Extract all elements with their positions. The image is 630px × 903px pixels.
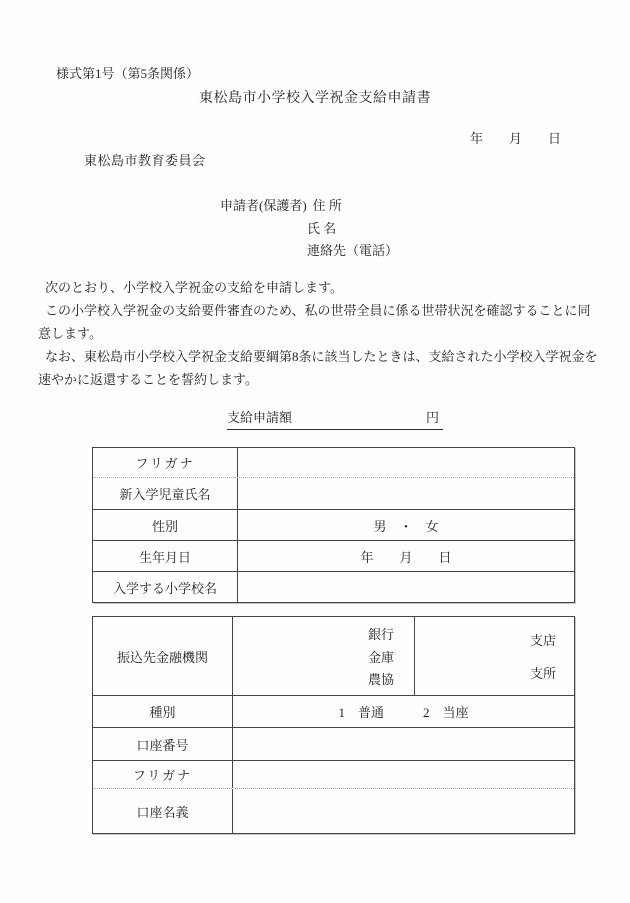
application-form-page: 様式第1号（第5条関係） 東松島市小学校入学祝金支給申請書 年 月 日 東松島市… [0, 0, 630, 903]
account-type-label: 種別 [93, 696, 232, 727]
birthdate-label: 生年月日 [93, 541, 237, 571]
table-row-school-name: 入学する小学校名 [93, 571, 574, 602]
table-row-birthdate: 生年月日 年 月 日 [93, 540, 574, 571]
paragraph-request: 次のとおり、小学校入学祝金の支給を申請します。 [38, 276, 598, 299]
school-name-value-cell [237, 572, 574, 602]
paragraph-pledge: なお、東松島市小学校入学祝金支給要綱第8条に該当したときは、支給された小学校入学… [38, 345, 598, 391]
account-number-value-cell [232, 728, 574, 760]
bank-transfer-table: 振込先金融機関 銀行 金庫 農協 支店 支所 種別 1 普通 2 当座 口座番号… [92, 616, 575, 834]
table-row-account-furigana: フリガナ [93, 760, 574, 788]
school-name-label: 入学する小学校名 [93, 572, 237, 602]
name-label: 氏 名 [307, 221, 336, 236]
addressee: 東松島市教育委員会 [84, 153, 206, 169]
child-name-value-cell [237, 478, 574, 509]
furigana-label: フリガナ [93, 448, 237, 477]
branch-type-cell: 支店 支所 [414, 617, 574, 695]
applicant-label: 申請者(保護者) [220, 198, 307, 213]
table-row-furigana: フリガナ [93, 448, 574, 477]
amount-unit-label: 円 [426, 407, 443, 426]
furigana-value-cell [237, 448, 574, 477]
gender-value-cell: 男 ・ 女 [237, 510, 574, 540]
account-holder-label: 口座名義 [93, 789, 232, 833]
applicant-address-line: 申請者(保護者)住 所 [220, 195, 398, 218]
table-row-account-holder: 口座名義 [93, 788, 574, 833]
institution-option-ja: 農協 [368, 669, 394, 688]
address-label: 住 所 [313, 198, 342, 213]
child-name-label: 新入学児童氏名 [93, 478, 237, 509]
page-title: 東松島市小学校入学祝金支給申請書 [0, 87, 630, 107]
branch-option-shiten: 支店 [530, 630, 556, 649]
account-holder-value-cell [232, 789, 574, 833]
account-furigana-label: フリガナ [93, 761, 232, 788]
birthdate-value-cell: 年 月 日 [237, 541, 574, 571]
applicant-name-line: 氏 名 [220, 218, 398, 241]
form-number: 様式第1号（第5条関係） [56, 66, 199, 82]
account-type-options: 1 普通 2 当座 [232, 696, 574, 727]
institution-type-cell: 銀行 金庫 農協 [232, 617, 414, 695]
body-paragraphs: 次のとおり、小学校入学祝金の支給を申請します。 この小学校入学祝金の支給要件審査… [38, 276, 598, 391]
table-row-account-type: 種別 1 普通 2 当座 [93, 695, 574, 727]
institution-option-bank: 銀行 [368, 624, 394, 643]
institution-label: 振込先金融機関 [93, 617, 232, 695]
applicant-block: 申請者(保護者)住 所 氏 名 連絡先（電話） [220, 195, 398, 263]
table-row-gender: 性別 男 ・ 女 [93, 509, 574, 540]
child-info-table: フリガナ 新入学児童氏名 性別 男 ・ 女 生年月日 年 月 日 入学する小学校… [92, 447, 575, 603]
amount-label: 支給申請額 [227, 407, 292, 426]
account-furigana-value-cell [232, 761, 574, 788]
gender-label: 性別 [93, 510, 237, 540]
account-number-label: 口座番号 [93, 728, 232, 760]
amount-line: 支給申請額 円 [227, 407, 443, 430]
table-row-child-name: 新入学児童氏名 [93, 477, 574, 509]
table-row-account-number: 口座番号 [93, 727, 574, 760]
branch-option-shisho: 支所 [530, 663, 556, 682]
date-line: 年 月 日 [470, 131, 561, 147]
institution-option-shinkin: 金庫 [368, 647, 394, 666]
paragraph-consent: この小学校入学祝金の支給要件審査のため、私の世帯全員に係る世帯状況を確認すること… [38, 299, 598, 345]
applicant-contact-line: 連絡先（電話） [220, 240, 398, 263]
table-row-institution: 振込先金融機関 銀行 金庫 農協 支店 支所 [93, 617, 574, 695]
contact-label: 連絡先（電話） [307, 243, 398, 258]
